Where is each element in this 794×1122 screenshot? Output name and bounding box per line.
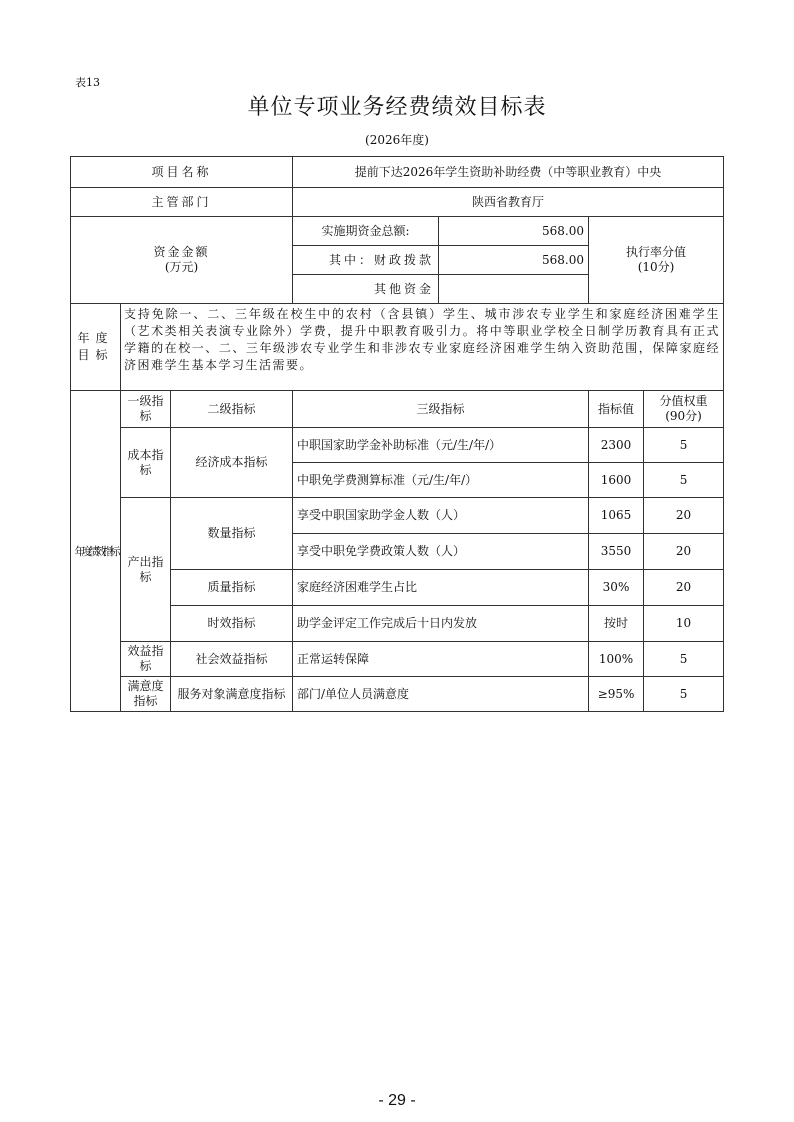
indicator-weight: 5: [644, 677, 724, 712]
department-row: 主管部门 陕西省教育厅: [71, 188, 724, 217]
funds-total-value: 568.00: [439, 217, 589, 246]
indicator-weight: 5: [644, 428, 724, 463]
level1-satisfaction: 满意度指标: [121, 677, 171, 712]
execution-rate-line2: (10分): [593, 260, 719, 275]
table-number-label: 表13: [75, 74, 100, 90]
indicator-value: 按时: [589, 606, 644, 642]
indicator-row: 成本指标 经济成本指标 中职国家助学金补助标准（元/生/年/） 2300 5: [71, 428, 724, 463]
annual-indicator-side-label: 年度绩效指标: [71, 391, 121, 712]
header-level1: 一级指标: [121, 391, 171, 428]
project-name-label: 项目名称: [71, 157, 293, 188]
funds-amount-label-line1: 资金金额: [75, 245, 288, 260]
level1-benefit: 效益指标: [121, 642, 171, 677]
project-name-value: 提前下达2026年学生资助补助经费（中等职业教育）中央: [293, 157, 724, 188]
funds-other-label: 其他资金: [293, 275, 439, 304]
funds-amount-label: 资金金额 (万元): [71, 217, 293, 304]
indicator-weight: 20: [644, 570, 724, 606]
indicator-weight: 5: [644, 642, 724, 677]
indicator-value: 2300: [589, 428, 644, 463]
indicator-value: 100%: [589, 642, 644, 677]
level3-item: 正常运转保障: [293, 642, 589, 677]
page-number: - 29 -: [0, 1092, 794, 1110]
level3-item: 享受中职国家助学金人数（人）: [293, 498, 589, 534]
level1-output: 产出指标: [121, 498, 171, 642]
indicator-value: 1600: [589, 463, 644, 498]
department-value: 陕西省教育厅: [293, 188, 724, 217]
indicator-row: 产出指标 数量指标 享受中职国家助学金人数（人） 1065 20: [71, 498, 724, 534]
level2-quality: 质量指标: [171, 570, 293, 606]
level3-item: 部门/单位人员满意度: [293, 677, 589, 712]
header-weight-line1: 分值权重: [648, 394, 719, 409]
project-name-row: 项目名称 提前下达2026年学生资助补助经费（中等职业教育）中央: [71, 157, 724, 188]
header-level2: 二级指标: [171, 391, 293, 428]
funds-total-label: 实施期资金总额:: [293, 217, 439, 246]
level2-service-satisfaction: 服务对象满意度指标: [171, 677, 293, 712]
funds-amount-label-line2: (万元): [75, 260, 288, 275]
indicator-row: 效益指标 社会效益指标 正常运转保障 100% 5: [71, 642, 724, 677]
annual-goal-row: 年度目标 支持免除一、二、三年级在校生中的农村（含县镇）学生、城市涉农专业学生和…: [71, 304, 724, 391]
execution-rate-line1: 执行率分值: [593, 245, 719, 260]
header-value: 指标值: [589, 391, 644, 428]
level3-item: 中职免学费测算标准（元/生/年/）: [293, 463, 589, 498]
funds-other-value: [439, 275, 589, 304]
indicator-weight: 5: [644, 463, 724, 498]
level1-cost: 成本指标: [121, 428, 171, 498]
annual-goal-text: 支持免除一、二、三年级在校生中的农村（含县镇）学生、城市涉农专业学生和家庭经济困…: [121, 304, 724, 391]
level3-item: 家庭经济困难学生占比: [293, 570, 589, 606]
indicator-value: 3550: [589, 534, 644, 570]
funds-fiscal-label: 其中：财政拨款: [293, 246, 439, 275]
level2-economic-cost: 经济成本指标: [171, 428, 293, 498]
indicator-weight: 20: [644, 498, 724, 534]
level3-item: 助学金评定工作完成后十日内发放: [293, 606, 589, 642]
indicator-weight: 20: [644, 534, 724, 570]
header-weight: 分值权重 (90分): [644, 391, 724, 428]
performance-target-table: 项目名称 提前下达2026年学生资助补助经费（中等职业教育）中央 主管部门 陕西…: [70, 156, 724, 712]
level2-quantity: 数量指标: [171, 498, 293, 570]
indicator-value: ≥95%: [589, 677, 644, 712]
indicator-header-row: 年度绩效指标 一级指标 二级指标 三级指标 指标值 分值权重 (90分): [71, 391, 724, 428]
department-label: 主管部门: [71, 188, 293, 217]
level3-item: 中职国家助学金补助标准（元/生/年/）: [293, 428, 589, 463]
document-title: 单位专项业务经费绩效目标表: [0, 90, 794, 121]
indicator-value: 1065: [589, 498, 644, 534]
header-weight-line2: (90分): [648, 409, 719, 424]
header-level3: 三级指标: [293, 391, 589, 428]
funds-fiscal-value: 568.00: [439, 246, 589, 275]
level2-social-benefit: 社会效益指标: [171, 642, 293, 677]
level2-timeliness: 时效指标: [171, 606, 293, 642]
document-year: (2026年度): [0, 131, 794, 148]
level3-item: 享受中职免学费政策人数（人）: [293, 534, 589, 570]
annual-goal-label: 年度目标: [71, 304, 121, 391]
indicator-weight: 10: [644, 606, 724, 642]
indicator-value: 30%: [589, 570, 644, 606]
execution-rate-score: 执行率分值 (10分): [589, 217, 724, 304]
funds-total-row: 资金金额 (万元) 实施期资金总额: 568.00 执行率分值 (10分): [71, 217, 724, 246]
indicator-row: 满意度指标 服务对象满意度指标 部门/单位人员满意度 ≥95% 5: [71, 677, 724, 712]
annual-indicator-side-text: 年度绩效指标: [75, 545, 117, 558]
